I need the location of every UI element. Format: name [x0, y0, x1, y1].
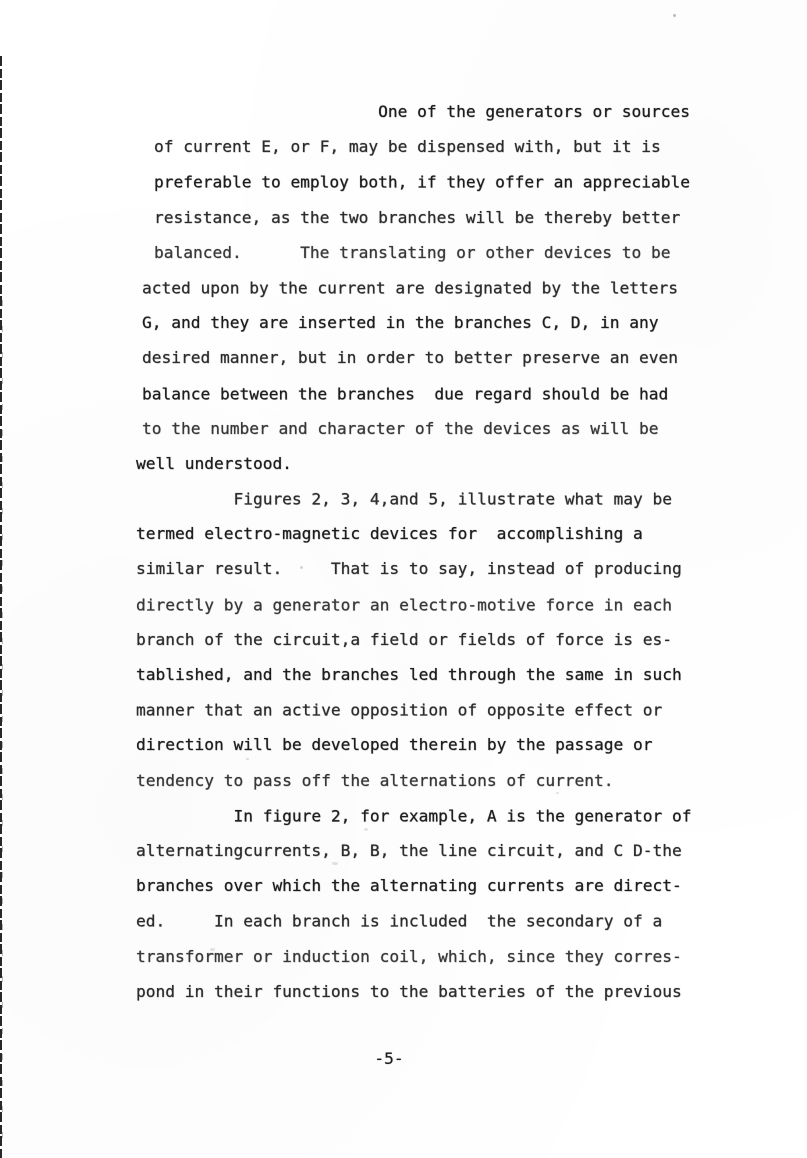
document-page: One of the generators or sources of curr… — [0, 0, 807, 1158]
page-number: -5- — [0, 1048, 778, 1070]
scan-speck — [246, 758, 249, 760]
scan-speck — [673, 14, 676, 17]
scan-speck — [332, 862, 338, 865]
text-line: termed electro-magnetic devices for acco… — [0, 516, 807, 551]
text-line: branch of the circuit,a field or fields … — [0, 622, 807, 657]
text-line: balance between the branches due regard … — [0, 376, 807, 411]
text-line: balanced. The translating or other devic… — [0, 235, 807, 270]
typewritten-text-block: One of the generators or sources of curr… — [0, 94, 807, 1009]
text-line: branches over which the alternating curr… — [0, 868, 807, 903]
text-line: acted upon by the current are designated… — [0, 270, 807, 305]
scan-speck — [210, 948, 215, 951]
text-line: ed. In each branch is included the secon… — [0, 904, 807, 939]
scan-speck — [364, 828, 368, 831]
text-line: directly by a generator an electro-motiv… — [0, 587, 807, 622]
text-line: tendency to pass off the alternations of… — [0, 763, 807, 798]
scan-speck — [556, 792, 559, 794]
text-line: pond in their functions to the batteries… — [0, 974, 807, 1009]
text-line: manner that an active opposition of oppo… — [0, 693, 807, 728]
scan-speck — [300, 566, 303, 569]
text-line: direction will be developed therein by t… — [0, 727, 807, 762]
text-line: of current E, or F, may be dispensed wit… — [0, 129, 807, 164]
text-line: resistance, as the two branches will be … — [0, 200, 807, 235]
text-line: tablished, and the branches led through … — [0, 657, 807, 692]
text-line: preferable to employ both, if they offer… — [0, 165, 807, 200]
text-line: One of the generators or sources — [0, 94, 807, 129]
text-line: alternatingcurrents, B, B, the line circ… — [0, 833, 807, 868]
text-line: similar result. That is to say, instead … — [0, 551, 807, 586]
text-line: G, and they are inserted in the branches… — [0, 305, 807, 340]
text-line: In figure 2, for example, A is the gener… — [0, 798, 807, 833]
text-line: Figures 2, 3, 4,and 5, illustrate what m… — [0, 482, 807, 517]
text-line: transformer or induction coil, which, si… — [0, 939, 807, 974]
text-line: desired manner, but in order to better p… — [0, 340, 807, 375]
scan-speck — [420, 532, 422, 534]
text-line: well understood. — [0, 446, 807, 481]
text-line: to the number and character of the devic… — [0, 411, 807, 446]
